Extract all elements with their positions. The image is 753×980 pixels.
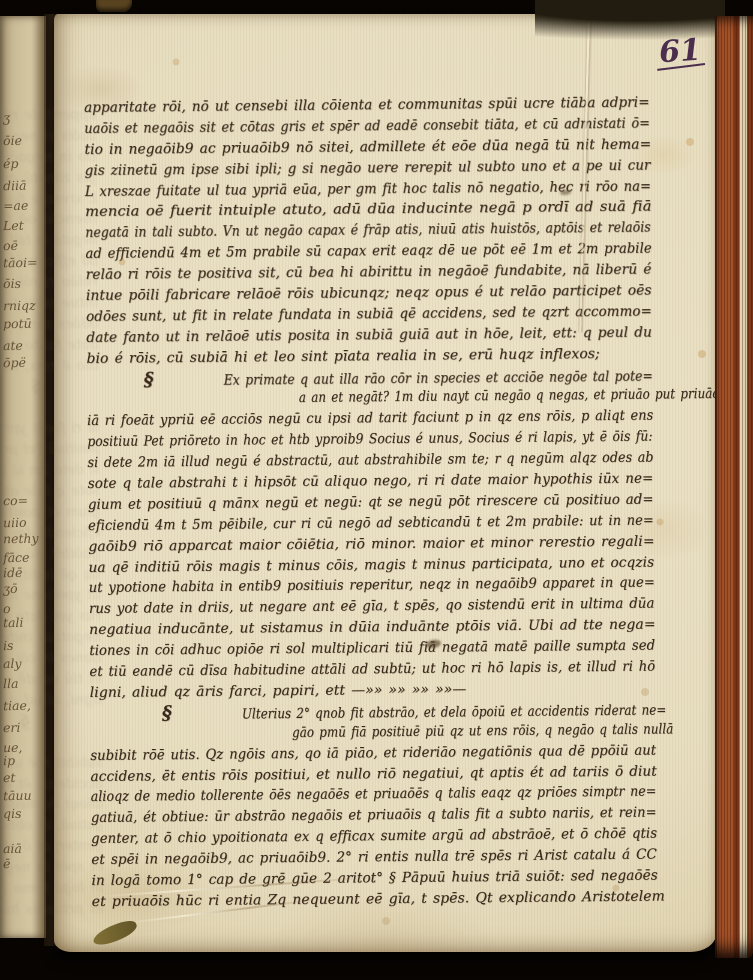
paragraph-mark: § <box>144 368 224 390</box>
binding-headband <box>96 0 132 12</box>
paragraph-mark: § <box>162 702 242 724</box>
manuscript-photo: ʒ ōie ép diiā =ae Let oē tāoi= ōis rniqz… <box>0 0 753 980</box>
book-cover-edge <box>535 0 725 40</box>
paragraph-mark: § <box>0 711 30 733</box>
paragraph-3: §Ulterius 2° qnob fit abstrāo, et dela ō… <box>90 698 658 912</box>
book-fore-edge <box>715 16 753 958</box>
ghost-paragraph-3: §Ulterius 2° qnob fit abstrāo, et dela ō… <box>0 711 104 925</box>
line-text: a an et negāt? 1m diu nayt cū negāo q ne… <box>299 384 720 409</box>
paragraph-mark: § <box>0 377 42 399</box>
foxing-spots <box>54 14 58 18</box>
paragraph-2: §Ex primate q aut illa rāo cōr in specie… <box>87 364 656 704</box>
paragraph-1: apparitate rōi, nō ut censebi illa cōien… <box>84 93 653 370</box>
manuscript-text-block: apparitate rōi, nō ut censebi illa cōien… <box>84 93 658 913</box>
manuscript-page: 61 apparitate rōi, nō ut censebi illa cō… <box>54 14 716 952</box>
